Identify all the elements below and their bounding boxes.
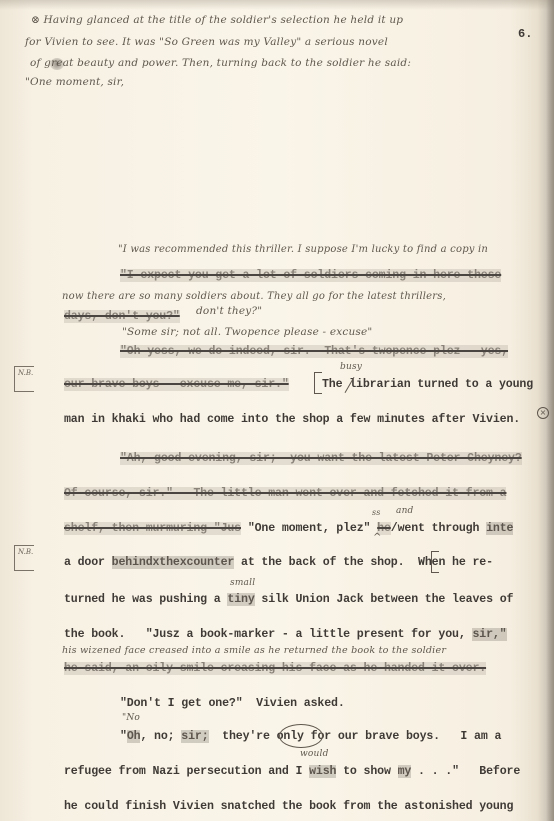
margin-note-nb-1: N.B. [14,366,34,392]
typed-line-4: our brave boys - excuse me, sir." [64,378,289,391]
insert-line-4: "One moment, sir, [25,76,124,88]
hand-line-2b: don't they?" [196,305,262,317]
typed-line-10: turned he was pushing a tiny silk Union … [64,593,513,606]
typed-line-12: he said, an oily smile creasing his face… [64,662,486,675]
insert-marker-icon: ⊗ [31,14,40,26]
hand-line-2: now there are so many soldiers about. Th… [62,291,446,302]
typed-line-3: "Oh yess, we do indeed, sir. That's twop… [120,345,508,358]
hand-and: and [396,506,414,516]
typed-line-7: Of course, sir." - The little man went o… [64,487,506,500]
circle-annotation-only [279,724,323,748]
hand-line-11: his wizened face creased into a smile as… [62,645,446,656]
paragraph-bracket-2 [431,551,439,573]
insert-line-3: of great beauty and power. Then, turning… [30,57,411,69]
typed-line-15: refugee from Nazi persecution and I wish… [64,765,520,778]
typed-line-16: he could finish Vivien snatched the book… [64,800,513,813]
insert-circle-x-icon: × [537,407,549,419]
insert-caret-1: ^ [373,532,381,543]
scan-top-shadow [0,0,554,10]
typed-line-13: "Don't I get one?" Vivien asked. [120,697,345,710]
hand-ss: ss [372,508,381,517]
insert-line-1: ⊗ Having glanced at the title of the sol… [31,14,403,26]
typed-line-4b: The librarian turned to a young [322,378,533,391]
typed-line-8: shelf, then murmuring "Jus "One moment, … [64,522,513,535]
hand-busy: busy [340,362,362,372]
page-number: 6. [518,27,532,41]
hand-would: would [300,749,329,759]
typed-line-6: "Ah, good evening, sir; you want the lat… [120,452,522,465]
typed-line-1: "I expect you get a lot of soldiers comi… [120,269,501,282]
hand-small: small [230,578,255,588]
insert-line-2: for Vivien to see. It was "So Green was … [25,36,388,48]
hand-no: "No [122,713,140,723]
paragraph-bracket-1 [314,372,322,394]
manuscript-page: ⊗ Having glanced at the title of the sol… [0,0,554,821]
typed-line-5: man in khaki who had come into the shop … [64,413,520,426]
typed-line-2: days, don't you?" [64,310,180,323]
typed-line-9: a door behindxthexcounter at the back of… [64,556,493,569]
hand-line-3: "Some sir; not all. Twopence please - ex… [122,326,372,338]
hand-line-1: "I was recommended this thriller. I supp… [118,244,488,255]
typed-line-11: the book. "Jusz a book-marker - a little… [64,628,507,641]
margin-note-nb-2: N.B. [14,545,34,571]
